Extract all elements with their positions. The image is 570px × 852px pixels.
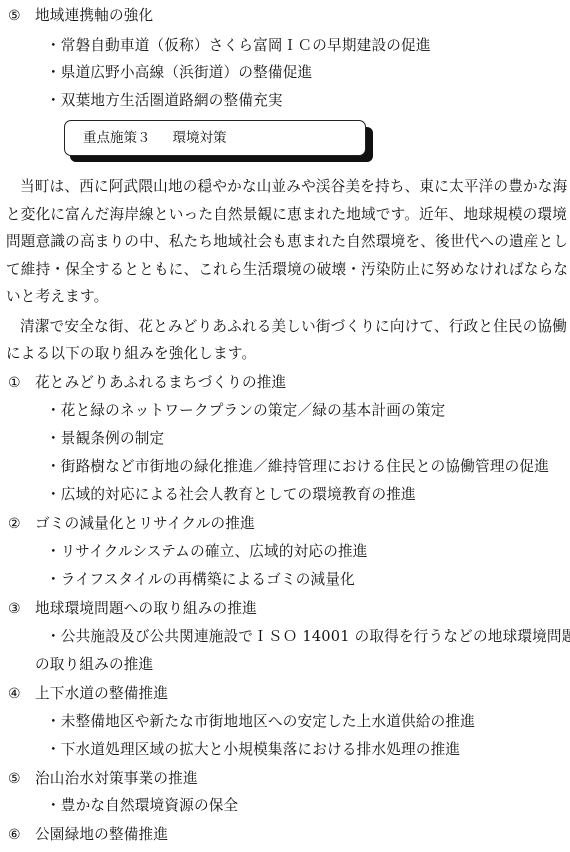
paragraph-line: いと考えます。 [6,287,108,307]
heading-box-label: 重点施策３ [83,129,151,147]
item-number: ③ [8,599,21,619]
bullet-item: ・未整備地区や新たな市街地地区への安定した上水道供給の推進 [46,712,475,732]
section-title: 地域連携軸の強化 [35,6,153,26]
item-number: ⑥ [8,825,21,845]
paragraph-line: と変化に富んだ海岸線といった自然景観に恵まれた地域です。近年、地球規模の環境 [6,205,567,225]
item-title: 治山治水対策事業の推進 [35,769,198,789]
heading-box-title: 環境対策 [173,129,227,147]
bullet-item: ・街路樹など市街地の緑化推進／維持管理における住民との協働管理の促進 [46,457,549,477]
bullet-item: ・公共施設及び公共関連施設でＩＳＯ 14001 の取得を行うなどの地球環境問題へ [46,627,570,647]
bullet-item: ・景観条例の制定 [46,429,164,449]
item-title: 地球環境問題への取り組みの推進 [35,599,257,619]
item-title: 上下水道の整備推進 [35,684,168,704]
item-number: ② [8,514,21,534]
item-number: ④ [8,684,21,704]
bullet-item: ・県道広野小高線（浜街道）の整備促進 [46,63,312,83]
paragraph-line: て維持・保全するとともに、これら生活環境の破壊・汚染防止に努めなければならな [6,260,568,280]
bullet-item: ・花と緑のネットワークプランの策定／緑の基本計画の策定 [46,401,445,421]
paragraph-line: 問題意識の高まりの中、私たち地域社会も恵まれた自然環境を、後世代への遺産とし [6,232,568,252]
paragraph-line: 当町は、西に阿武隈山地の穏やかな山並みや渓谷美を持ち、東に太平洋の豊かな海 [20,177,567,197]
bullet-item: ・リサイクルシステムの確立、広域的対応の推進 [46,542,368,562]
paragraph-line: 清潔で安全な街、花とみどりあふれる美しい街づくりに向けて、行政と住民の協働 [20,317,567,337]
bullet-continuation: の取り組みの推進 [35,655,153,675]
bullet-item: ・下水道処理区域の拡大と小規模集落における排水処理の推進 [46,740,460,760]
bullet-item: ・広域的対応による社会人教育としての環境教育の推進 [46,485,416,505]
item-number: ⑤ [8,6,21,26]
item-number: ① [8,373,21,393]
bullet-item: ・常磐自動車道（仮称）さくら富岡ＩＣの早期建設の促進 [46,36,431,56]
bullet-item: ・ライフスタイルの再構築によるゴミの減量化 [46,570,355,590]
bullet-item: ・双葉地方生活圏道路網の整備充実 [46,91,283,111]
item-title: ゴミの減量化とリサイクルの推進 [35,514,255,534]
heading-box: 重点施策３環境対策 [64,120,366,156]
item-title: 公園緑地の整備推進 [35,825,168,845]
item-number: ⑤ [8,769,21,789]
paragraph-line: による以下の取り組みを強化します。 [6,344,256,364]
bullet-item: ・豊かな自然環境資源の保全 [46,796,238,816]
item-title: 花とみどりあふれるまちづくりの推進 [35,373,286,393]
